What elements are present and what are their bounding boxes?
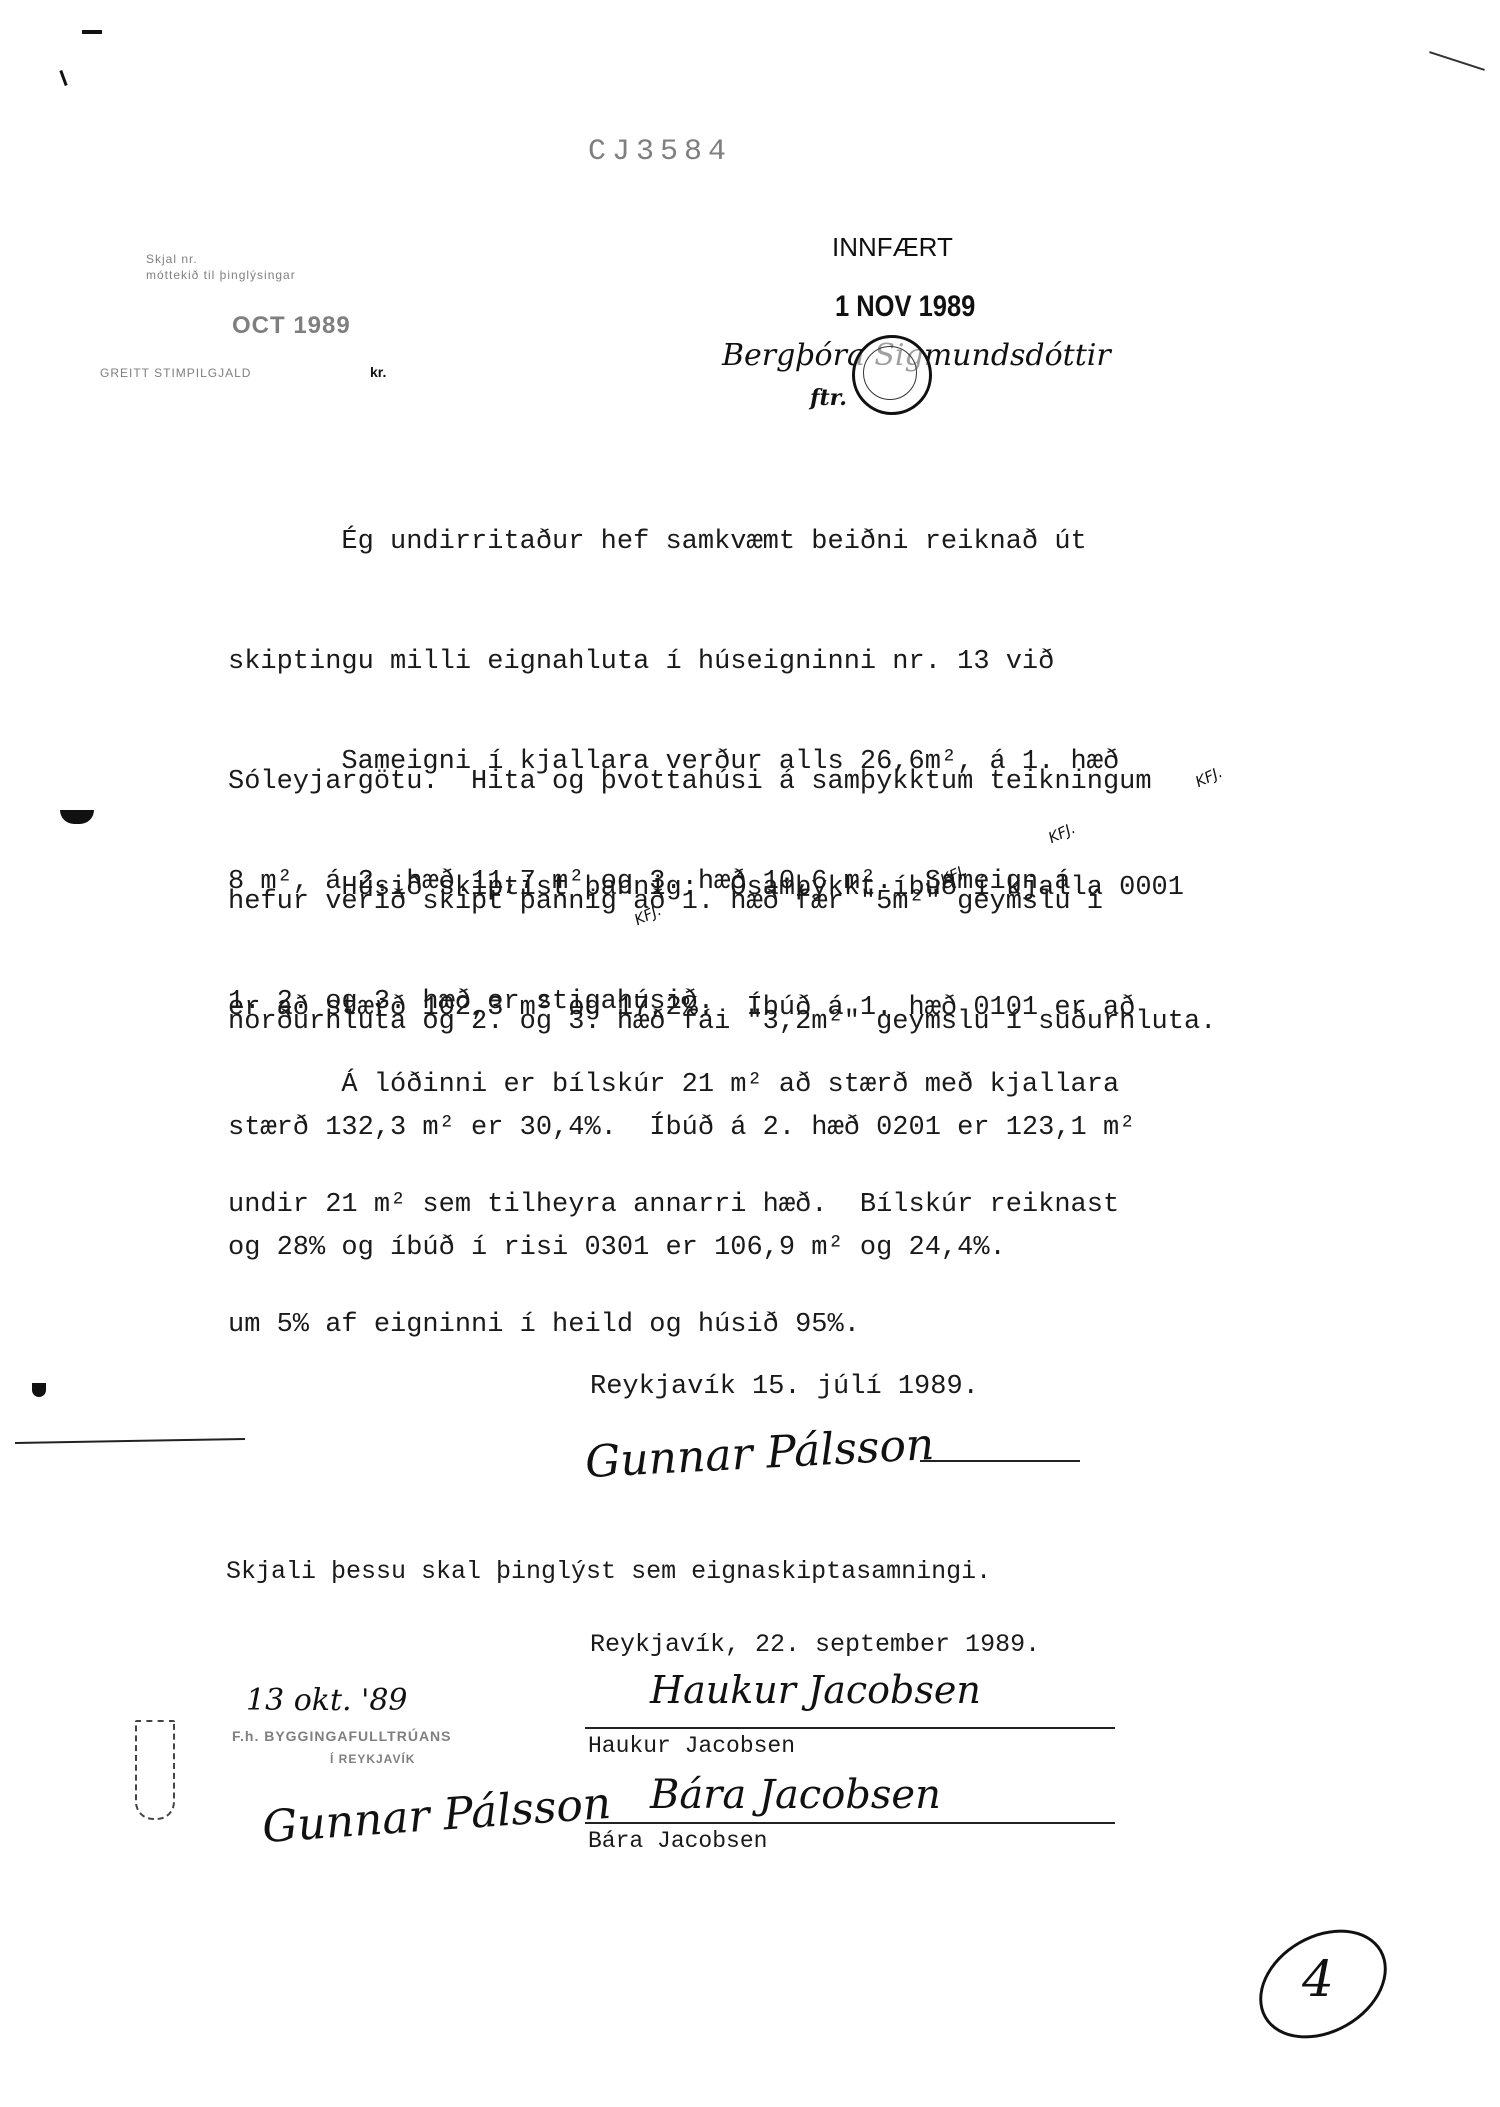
second-place-date: Reykjavík, 22. september 1989.: [590, 1630, 1040, 1659]
stamp-fee-label: GREITT STIMPILGJALD: [100, 366, 251, 380]
signer-2-name: Bára Jacobsen: [588, 1828, 767, 1854]
first-signature: Gunnar Pálsson: [584, 1419, 936, 1488]
signer-1-line: [585, 1727, 1115, 1729]
registrar-signature-suffix: ftr.: [810, 385, 847, 411]
scan-mark: [32, 1383, 46, 1397]
signer-1-signature: Haukur Jacobsen: [650, 1668, 981, 1712]
paragraph-4: Á lóðinni er bílskúr 21 m² að stærð með …: [228, 985, 1288, 1385]
stamp-date: OCT 1989: [232, 312, 351, 340]
para4-line: um 5% af eigninni í heild og húsið 95%.: [228, 1305, 1288, 1345]
coat-of-arms-stamp: [135, 1720, 175, 1820]
approval-stamp-line-1: F.h. BYGGINGAFULLTRÚANS: [232, 1728, 452, 1744]
approval-signature: Gunnar Pálsson: [261, 1778, 613, 1853]
scan-mark: [59, 70, 67, 86]
official-seal: [852, 335, 932, 415]
scan-mark: [15, 1438, 245, 1444]
para2-line: Sameigni í kjallara verður alls 26,6m², …: [228, 742, 1288, 782]
para4-line: undir 21 m² sem tilheyra annarri hæð. Bí…: [228, 1185, 1288, 1225]
seal-inner-ring: [863, 346, 917, 400]
registration-note: Skjali þessu skal þinglýst sem eignaskip…: [226, 1557, 991, 1586]
receipt-stamp: Skjal nr. móttekið til þinglýsingar OCT …: [60, 248, 420, 398]
para3-line: Húsið skiptist þannig: Ósamþykkt íbúð í …: [228, 868, 1288, 908]
stamp-line-1: Skjal nr.: [146, 252, 198, 266]
signer-2-line: [585, 1822, 1115, 1824]
para4-line: Á lóðinni er bílskúr 21 m² að stærð með …: [228, 1065, 1288, 1105]
stamp-line-2: móttekið til þinglýsingar: [146, 268, 296, 282]
file-number: CJ3584: [588, 135, 732, 169]
first-place-date: Reykjavík 15. júlí 1989.: [590, 1372, 979, 1402]
signature-flourish: [920, 1460, 1080, 1462]
stamp-currency: kr.: [370, 364, 386, 380]
approval-stamp-line-2: Í REYKJAVÍK: [330, 1752, 415, 1766]
scan-mark: [60, 810, 94, 824]
scan-mark: [1429, 51, 1485, 71]
registry-stamp-date: 1 NOV 1989: [835, 290, 975, 324]
approval-handwritten-date: 13 okt. '89: [246, 1683, 408, 1718]
scan-mark: [82, 30, 102, 34]
signer-1-name: Haukur Jacobsen: [588, 1733, 795, 1759]
registry-stamp-title: INNFÆRT: [832, 232, 953, 263]
signer-2-signature: Bára Jacobsen: [650, 1772, 941, 1818]
page-number: 4: [1302, 1950, 1334, 2008]
para1-line: Ég undirritaður hef samkvæmt beiðni reik…: [228, 522, 1288, 562]
